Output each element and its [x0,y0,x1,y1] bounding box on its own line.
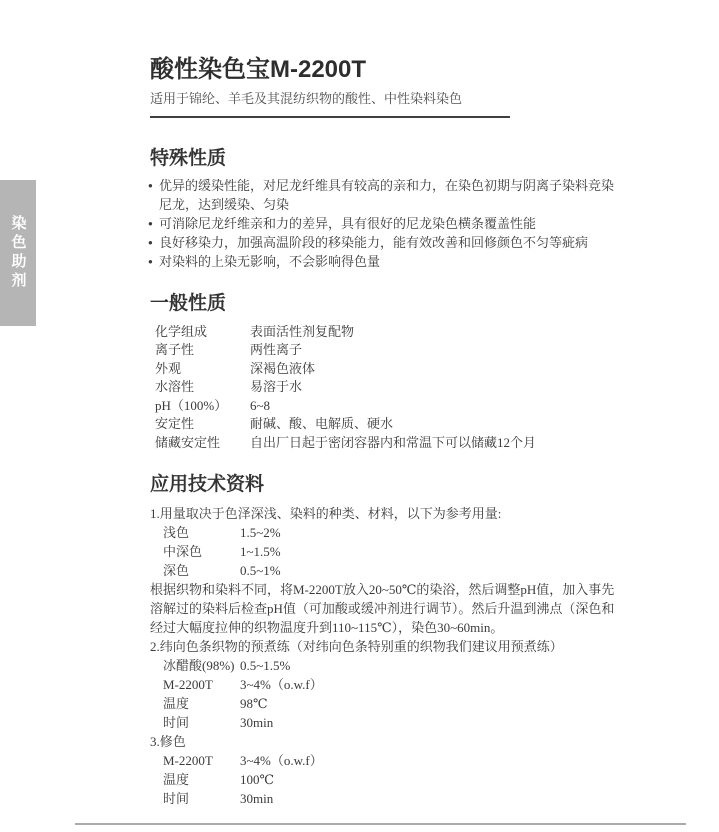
application-line: 深色 0.5~1% [150,561,618,580]
page-subtitle: 适用于锦纶、羊毛及其混纺织物的酸性、中性染料染色 [150,91,618,108]
property-value: 耐碱、酸、电解质、硬水 [250,415,618,434]
bullet-item: 良好移染力，加强高温阶段的移染能力，能有效改善和回修颜色不匀等疵病 [150,233,618,252]
application-line-label: 时间 [163,713,240,732]
property-value: 6~8 [250,397,618,416]
application-line-label: M-2200T [163,751,240,770]
application-line: 时间 30min [150,789,618,808]
application-line: 根据织物和染料不同，将M-2200T放入20~50℃的染浴，然后调整pH值，加入… [150,580,618,637]
bullet-item-text: 对染料的上染无影响，不会影响得色量 [159,254,380,269]
application-line-label: 时间 [163,789,240,808]
bullet-item-text: 良好移染力，加强高温阶段的移染能力，能有效改善和回修颜色不匀等疵病 [159,235,588,250]
property-label: 储藏安定性 [155,434,250,453]
property-value: 两性离子 [250,341,618,360]
property-value: 易溶于水 [250,378,618,397]
bullet-item-text: 优异的缓染性能，对尼龙纤维具有较高的亲和力，在染色初期与阴离子染料竞染尼龙，达到… [159,178,614,212]
application-line-label: 温度 [163,694,240,713]
application-line-label: 浅色 [163,523,240,542]
section-heading-application: 应用技术资料 [150,472,618,498]
application-line: 冰醋酸(98%) 0.5~1.5% [150,656,618,675]
property-label: pH（100%） [155,397,250,416]
property-label: 化学组成 [155,323,250,342]
application-line: 温度 100℃ [150,770,618,789]
property-row: 水溶性 易溶于水 [155,378,618,397]
application-line: 时间 30min [150,713,618,732]
application-line-value: 98℃ [240,694,618,713]
application-line-text: 2.纬向色条织物的预煮练（对纬向色条特别重的织物我们建议用预煮练） [150,639,563,654]
property-row: 化学组成 表面活性剂复配物 [155,323,618,342]
document-page: 染色助剂 酸性染色宝M-2200T 适用于锦纶、羊毛及其混纺织物的酸性、中性染料… [0,0,719,832]
application-line: M-2200T 3~4%（o.w.f） [150,675,618,694]
application-line-value: 0.5~1% [240,561,618,580]
category-tab: 染色助剂 [0,180,36,326]
section-general-properties: 一般性质 化学组成 表面活性剂复配物 离子性 两性离子 外观 深褐色液体 水溶性… [150,291,618,452]
property-label: 外观 [155,360,250,379]
application-line: 3.修色 [150,732,618,751]
property-value: 深褐色液体 [250,360,618,379]
application-line: M-2200T 3~4%（o.w.f） [150,751,618,770]
application-line: 1.用量取决于色泽深浅、染料的种类、材料，以下为参考用量: [150,504,618,523]
bullet-item: 优异的缓染性能，对尼龙纤维具有较高的亲和力，在染色初期与阴离子染料竞染尼龙，达到… [150,176,618,214]
application-line-value: 100℃ [240,770,618,789]
application-line-value: 3~4%（o.w.f） [240,751,618,770]
property-label: 水溶性 [155,378,250,397]
property-label: 安定性 [155,415,250,434]
bullet-item: 对染料的上染无影响，不会影响得色量 [150,252,618,271]
application-line-text: 根据织物和染料不同，将M-2200T放入20~50℃的染浴，然后调整pH值，加入… [150,582,614,635]
application-line-text: 3.修色 [150,734,186,749]
property-row: 外观 深褐色液体 [155,360,618,379]
document-header: 酸性染色宝M-2200T 适用于锦纶、羊毛及其混纺织物的酸性、中性染料染色 [150,56,618,118]
general-properties-table: 化学组成 表面活性剂复配物 离子性 两性离子 外观 深褐色液体 水溶性 易溶于水… [155,323,618,453]
bullet-item-text: 可消除尼龙纤维亲和力的差异，具有很好的尼龙染色横条覆盖性能 [159,216,536,231]
category-tab-label: 染色助剂 [8,215,29,291]
property-label: 离子性 [155,341,250,360]
application-line-value: 30min [240,789,618,808]
property-value: 自出厂日起于密闭容器内和常温下可以储藏12个月 [250,434,618,453]
section-application-data: 应用技术资料 1.用量取决于色泽深浅、染料的种类、材料，以下为参考用量: 浅色 … [150,472,618,808]
application-line-label: 深色 [163,561,240,580]
property-row: 离子性 两性离子 [155,341,618,360]
page-title: 酸性染色宝M-2200T [150,56,618,85]
application-line-value: 3~4%（o.w.f） [240,675,618,694]
application-line: 中深色 1~1.5% [150,542,618,561]
application-line-value: 1.5~2% [240,523,618,542]
application-line-label: 中深色 [163,542,240,561]
property-value: 表面活性剂复配物 [250,323,618,342]
section-special-properties: 特殊性质 优异的缓染性能，对尼龙纤维具有较高的亲和力，在染色初期与阴离子染料竞染… [150,146,618,272]
bullet-item: 可消除尼龙纤维亲和力的差异，具有很好的尼龙染色横条覆盖性能 [150,214,618,233]
header-divider [150,116,510,118]
application-line-value: 30min [240,713,618,732]
application-line-text: 1.用量取决于色泽深浅、染料的种类、材料，以下为参考用量: [150,506,501,521]
property-row: 安定性 耐碱、酸、电解质、硬水 [155,415,618,434]
document-content: 酸性染色宝M-2200T 适用于锦纶、羊毛及其混纺织物的酸性、中性染料染色 特殊… [150,56,618,808]
property-row: 储藏安定性 自出厂日起于密闭容器内和常温下可以储藏12个月 [155,434,618,453]
section-heading-general: 一般性质 [150,291,618,317]
footer-divider [75,823,686,825]
special-properties-list: 优异的缓染性能，对尼龙纤维具有较高的亲和力，在染色初期与阴离子染料竞染尼龙，达到… [150,176,618,271]
application-line-label: M-2200T [163,675,240,694]
application-line: 温度 98℃ [150,694,618,713]
section-heading-special: 特殊性质 [150,146,618,172]
application-line-label: 温度 [163,770,240,789]
application-line: 2.纬向色条织物的预煮练（对纬向色条特别重的织物我们建议用预煮练） [150,637,618,656]
application-line-label: 冰醋酸(98%) [163,656,240,675]
property-row: pH（100%） 6~8 [155,397,618,416]
application-line-value: 0.5~1.5% [240,656,618,675]
application-lines: 1.用量取决于色泽深浅、染料的种类、材料，以下为参考用量: 浅色 1.5~2% … [150,504,618,808]
application-line: 浅色 1.5~2% [150,523,618,542]
application-line-value: 1~1.5% [240,542,618,561]
